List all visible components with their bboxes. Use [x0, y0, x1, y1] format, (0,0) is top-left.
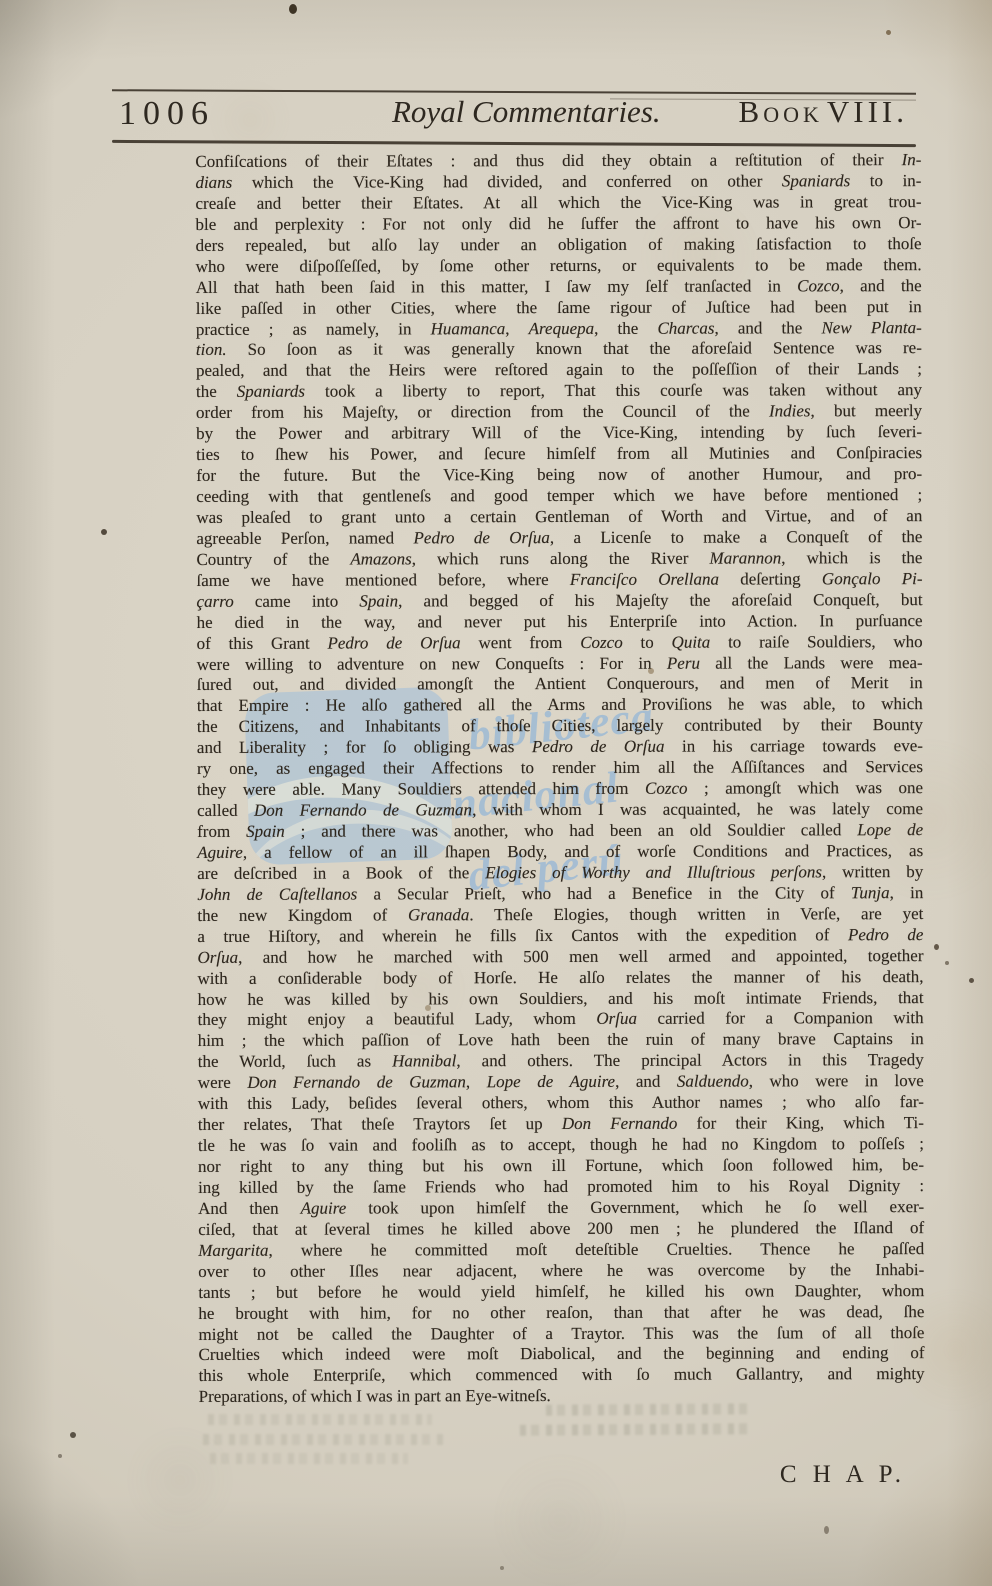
italic-text-segment: Cozco	[645, 779, 688, 798]
italic-text-segment: Peru	[667, 653, 715, 672]
text-line: tle he was ſo vain and fooliſh as to acc…	[198, 1134, 924, 1157]
text-segment: . Theſe Elogies, though written in Verſe…	[469, 904, 923, 924]
italic-text-segment: Aguire	[301, 1198, 369, 1217]
ink-speck	[58, 1454, 62, 1458]
text-line: dians which the Vice-King had divided, a…	[195, 171, 921, 194]
text-segment: came into	[255, 591, 360, 610]
italic-text-segment: Orſua	[596, 1009, 657, 1028]
text-segment: ing killed by the ſame Friends who had p…	[198, 1176, 924, 1197]
foxing-spot	[500, 1566, 504, 1570]
italic-text-segment: Quita	[672, 632, 729, 651]
italic-text-segment: Hannibal	[392, 1052, 456, 1071]
text-segment: to in-	[870, 171, 922, 190]
ink-speck	[70, 1432, 76, 1438]
text-line: by the Power and arbitrary Will of the V…	[196, 422, 922, 445]
text-line: ſured out, and divided amongſt the Antie…	[197, 673, 923, 696]
ink-speck	[945, 961, 949, 965]
text-segment: of this Grant	[197, 633, 328, 652]
text-segment: which the Vice-King had divided, and con…	[252, 171, 782, 191]
italic-text-segment: Charcas	[657, 318, 714, 337]
italic-text-segment: Pedro de Orſua	[327, 633, 478, 652]
text-line: ders repealed, but alſo lay under an obl…	[196, 234, 922, 257]
text-line: are deſcribed in a Book of the Elogies o…	[197, 862, 923, 885]
text-line: how he was killed by his own Souldiers, …	[198, 988, 924, 1011]
text-segment: carried for a Companion with	[657, 1008, 923, 1028]
text-segment: order from his Majeſty, or direction fro…	[196, 402, 769, 422]
text-line: they might enjoy a beautiful Lady, whom …	[198, 1008, 924, 1031]
text-segment: ; and there was another, who had been an…	[285, 820, 857, 840]
text-segment: deſerting	[740, 569, 822, 588]
text-line: creaſe and better their Eſtates. At all …	[195, 192, 921, 215]
text-segment: were willing to adventure on new Conqueſ…	[197, 653, 667, 673]
text-segment: over to other Iſles near adjacent, where…	[198, 1260, 924, 1281]
text-segment: agreeable Perſon, named	[196, 528, 413, 548]
text-segment: , a Licenſe to make a Conqueſt of the	[550, 527, 923, 547]
text-segment: Preparations, of which I was in part an …	[199, 1386, 551, 1406]
text-line: pealed, and that the Heirs were reſtored…	[196, 359, 922, 382]
text-line: ſame we have mentioned before, where Fra…	[196, 569, 922, 592]
text-segment: , but meerly	[810, 401, 922, 420]
text-segment: the World, ſuch as	[198, 1052, 392, 1072]
text-segment: , which runs along the River	[412, 548, 710, 568]
text-segment: , in	[890, 883, 924, 902]
text-segment: a true Hiſtory, and wherein he fills ſix…	[197, 925, 848, 946]
text-segment: to raiſe Souldiers, who	[728, 632, 923, 652]
text-segment: ſame we have mentioned before, where	[196, 570, 569, 590]
text-line: All that hath been ſaid in this matter, …	[196, 276, 922, 299]
text-line: tants ; but before he would yield himſel…	[198, 1281, 924, 1304]
italic-text-segment: Margarita	[198, 1241, 268, 1260]
text-segment: was pleaſed to grant unto a certain Gent…	[196, 506, 922, 527]
ink-speck	[934, 944, 939, 950]
text-segment: ble and perplexity : For not only did he…	[196, 213, 922, 234]
text-line: John de Caſtellanos a Secular Prieſt, wh…	[197, 883, 923, 906]
text-segment: ders repealed, but alſo lay under an obl…	[196, 234, 922, 255]
text-segment: and Liberality ; for ſo obliging was	[197, 737, 532, 757]
text-segment: , the	[594, 318, 657, 337]
italic-text-segment: Marannon	[709, 548, 781, 567]
text-line: Preparations, of which I was in part an …	[199, 1385, 925, 1408]
text-line: ties to ſhew his Power, and ſecure himſe…	[196, 443, 922, 466]
body-text: Confiſcations of their Eſtates : and thu…	[195, 150, 924, 1408]
italic-text-segment: New Planta-	[821, 318, 921, 337]
text-line: And then Aguire took upon himſelf the Go…	[198, 1197, 924, 1220]
text-line: over to other Iſles near adjacent, where…	[198, 1260, 924, 1283]
text-segment: that Empire : He alſo gathered all the A…	[197, 694, 923, 715]
italic-text-segment: Arequepa	[529, 318, 595, 337]
text-segment: pealed, and that the Heirs were reſtored…	[196, 359, 922, 380]
text-line: for the future. But the Vice-King being …	[196, 464, 922, 487]
italic-text-segment: Amazons	[350, 549, 411, 568]
text-segment: to	[640, 632, 671, 651]
foxing-spot	[824, 1526, 829, 1534]
catchword: C H A P.	[780, 1461, 906, 1489]
text-line: the new Kingdom of Granada. Theſe Elogie…	[197, 904, 923, 927]
text-line: were Don Fernando de Guzman, Lope de Agu…	[198, 1071, 924, 1094]
running-title: Royal Commentaries.	[392, 94, 661, 130]
text-line: who were diſpoſſeſſed, by ſome other ret…	[196, 255, 922, 278]
text-segment: ties to ſhew his Power, and ſecure himſe…	[196, 443, 922, 464]
text-line: çarro came into Spain, and begged of his…	[197, 590, 923, 613]
text-segment: ,	[466, 1072, 487, 1091]
text-segment: ,	[505, 319, 528, 338]
italic-text-segment: çarro	[197, 591, 255, 610]
text-line: ry one, as engaged their Affections to r…	[197, 757, 923, 780]
text-segment: ; amongſt which was one	[687, 778, 923, 798]
text-segment: ry one, as engaged their Affections to r…	[197, 757, 923, 778]
text-segment: , and begged of his Majeſty the aforeſai…	[398, 590, 922, 610]
text-line: ing killed by the ſame Friends who had p…	[198, 1176, 924, 1199]
text-segment: from	[197, 822, 246, 841]
text-segment: , a fellow of an ill ſhapen Body, and of…	[243, 841, 923, 862]
italic-text-segment: Pedro de Orſua	[532, 737, 682, 756]
text-line: were willing to adventure on new Conqueſ…	[197, 653, 923, 676]
text-segment: , written by	[822, 862, 923, 881]
italic-text-segment: Granada	[408, 905, 469, 924]
italic-text-segment: Don Fernando	[562, 1114, 697, 1133]
text-segment: Cruelties which indeed were moſt Diaboli…	[198, 1343, 924, 1364]
italic-text-segment: Gonçalo Pi-	[822, 569, 923, 588]
text-line: him ; the which paſſion of Love hath bee…	[198, 1029, 924, 1052]
text-segment: And then	[198, 1199, 301, 1218]
book-numeral: VIII.	[827, 94, 908, 129]
showthrough-line	[208, 1414, 432, 1425]
text-line: this whole Enterpriſe, which commenced w…	[199, 1364, 925, 1387]
italic-text-segment: Lope de	[857, 820, 923, 839]
text-line: like paſſed in other Cities, where the ſ…	[196, 297, 922, 320]
italic-text-segment: Tunja	[851, 883, 890, 902]
text-segment: for their King, which Ti-	[696, 1113, 923, 1133]
italic-text-segment: Orſua	[197, 947, 238, 966]
text-segment: , which is the	[781, 548, 922, 567]
text-segment: the	[196, 382, 237, 401]
italic-text-segment: Spain	[246, 822, 285, 841]
italic-text-segment: tion.	[196, 340, 227, 359]
text-line: Cruelties which indeed were moſt Diaboli…	[198, 1343, 924, 1366]
text-line: might not be called the Daughter of a Tr…	[198, 1323, 924, 1346]
italic-text-segment: Cozco	[797, 276, 840, 295]
text-segment: might not be called the Daughter of a Tr…	[198, 1323, 924, 1344]
text-segment: Confiſcations of their Eſtates : and thu…	[195, 150, 901, 171]
text-segment: with a conſiderable body of Horſe. He al…	[197, 967, 923, 988]
text-segment: with this Lady, beſides ſeveral others, …	[198, 1092, 924, 1113]
text-line: Confiſcations of their Eſtates : and thu…	[195, 150, 921, 173]
italic-text-segment: Pedro de	[848, 925, 924, 944]
text-line: tion. So ſoon as it was generally known …	[196, 338, 922, 361]
text-line: nor right to any thing but his own ill F…	[198, 1155, 924, 1178]
text-segment: , where he committed moſt deteſtible Cru…	[268, 1239, 924, 1260]
text-line: ceeding with that gentleneſs and good te…	[196, 485, 922, 508]
text-line: they were able. Many Souldiers attended …	[197, 778, 923, 801]
italic-text-segment: Huamanca	[431, 319, 506, 338]
text-segment: , and the	[714, 318, 821, 337]
text-segment: ciſed, that at ſeveral times he killed a…	[198, 1218, 924, 1239]
italic-text-segment: Aguire	[197, 843, 243, 862]
text-line: Aguire, a fellow of an ill ſhapen Body, …	[197, 841, 923, 864]
text-segment: by the Power and arbitrary Will of the V…	[196, 422, 922, 443]
text-line: and Liberality ; for ſo obliging was Ped…	[197, 736, 923, 759]
text-segment: ceeding with that gentleneſs and good te…	[196, 485, 922, 506]
showthrough-line	[520, 1423, 752, 1436]
text-segment: So ſoon as it was generally known that t…	[227, 338, 922, 359]
text-segment: ſured out, and divided amongſt the Antie…	[197, 673, 923, 694]
text-segment: were	[198, 1073, 248, 1092]
foxing-spot	[886, 30, 891, 35]
text-line: order from his Majeſty, or direction fro…	[196, 401, 922, 424]
book-heading: BOOK VIII.	[739, 94, 908, 130]
text-segment: a Secular Prieſt, who had a Benefice in …	[373, 883, 850, 903]
text-line: practice ; as namely, in Huamanca, Arequ…	[196, 318, 922, 341]
text-segment: the new Kingdom of	[197, 905, 408, 925]
italic-text-segment: Don Fernando de Guzman	[247, 1072, 466, 1092]
italic-text-segment: Don Fernando de Guzman	[254, 800, 472, 820]
text-segment: All that hath been ſaid in this matter, …	[196, 276, 797, 297]
book-word-smallcaps: OOK	[763, 102, 823, 127]
text-segment: called	[197, 801, 254, 820]
text-line: ther relates, That theſe Traytors ſet up…	[198, 1113, 924, 1136]
page-number: 1006	[119, 95, 215, 133]
italic-text-segment: Indies	[769, 402, 811, 421]
header-rule-bottom	[112, 140, 916, 147]
text-segment: , and the	[840, 276, 922, 295]
text-segment: tants ; but before he would yield himſel…	[198, 1281, 924, 1302]
text-segment: , and how he marched with 500 men well a…	[238, 946, 923, 967]
text-segment: they were able. Many Souldiers attended …	[197, 779, 645, 799]
text-line: of this Grant Pedro de Orſua went from C…	[197, 632, 923, 655]
text-segment: for the future. But the Vice-King being …	[196, 464, 922, 485]
text-segment: creaſe and better their Eſtates. At all …	[195, 192, 921, 213]
text-line: was pleaſed to grant unto a certain Gent…	[196, 506, 922, 529]
text-segment: are deſcribed in a Book of the	[197, 863, 485, 883]
book-page-scan: biblioteca nacional del perú 1006 Royal …	[0, 0, 992, 1586]
text-line: the Spaniards took a liberty to report, …	[196, 380, 922, 403]
text-segment: they might enjoy a beautiful Lady, whom	[198, 1009, 597, 1029]
italic-text-segment: Salduendo	[677, 1072, 749, 1091]
text-segment: all the Lands were mea-	[715, 653, 923, 673]
text-segment: , and others. The principal Actors in th…	[456, 1050, 923, 1070]
text-line: called Don Fernando de Guzman, with whom…	[197, 799, 923, 822]
text-line: with this Lady, beſides ſeveral others, …	[198, 1092, 924, 1115]
text-line: with a conſiderable body of Horſe. He al…	[197, 967, 923, 990]
showthrough-line	[203, 1434, 447, 1445]
text-segment: in his carriage towards eve-	[682, 736, 923, 756]
ink-speck	[289, 4, 297, 14]
italic-text-segment: Pedro de Orſua	[413, 528, 549, 547]
text-segment: he died in the way, and never put his En…	[197, 611, 923, 632]
text-line: the World, ſuch as Hannibal, and others.…	[198, 1050, 924, 1073]
italic-text-segment: Spaniards	[237, 382, 325, 401]
italic-text-segment: Spain	[359, 591, 398, 610]
showthrough-line	[210, 1453, 408, 1464]
book-word-initial: B	[739, 94, 764, 129]
text-segment: him ; the which paſſion of Love hath bee…	[198, 1029, 924, 1050]
text-segment: tle he was ſo vain and fooliſh as to acc…	[198, 1134, 924, 1155]
text-line: agreeable Perſon, named Pedro de Orſua, …	[196, 527, 922, 550]
text-segment: who were diſpoſſeſſed, by ſome other ret…	[196, 255, 922, 276]
text-line: that Empire : He alſo gathered all the A…	[197, 694, 923, 717]
text-line: Orſua, and how he marched with 500 men w…	[197, 946, 923, 969]
text-line: the Citizens, and Inhabitants of thoſe C…	[197, 715, 923, 738]
italic-text-segment: Elogies of Worthy and Illuſtrious perſon…	[485, 862, 822, 882]
text-segment: , and	[615, 1072, 677, 1091]
text-segment: like paſſed in other Cities, where the ſ…	[196, 297, 922, 318]
text-line: ciſed, that at ſeveral times he killed a…	[198, 1218, 924, 1241]
text-line: a true Hiſtory, and wherein he fills ſix…	[197, 925, 923, 948]
text-line: Margarita, where he committed moſt deteſ…	[198, 1239, 924, 1262]
text-segment: nor right to any thing but his own ill F…	[198, 1155, 924, 1176]
text-segment: , with whom I was acquainted, he was lat…	[472, 799, 923, 819]
italic-text-segment: Lope de Aguire	[487, 1072, 615, 1091]
text-segment: he brought with him, for no other reaſon…	[198, 1302, 924, 1323]
text-line: he brought with him, for no other reaſon…	[198, 1302, 924, 1325]
italic-text-segment: Franciſco Orellana	[570, 569, 740, 588]
text-segment: this whole Enterpriſe, which commenced w…	[199, 1364, 925, 1385]
italic-text-segment: dians	[195, 173, 251, 192]
ink-speck	[969, 978, 974, 983]
italic-text-segment: Cozco	[580, 632, 640, 651]
italic-text-segment: Spaniards	[782, 171, 870, 190]
italic-text-segment: John de Caſtellanos	[197, 884, 373, 903]
text-segment: , who were in love	[749, 1071, 924, 1090]
text-line: ble and perplexity : For not only did he…	[196, 213, 922, 236]
text-line: from Spain ; and there was another, who …	[197, 820, 923, 843]
text-line: Country of the Amazons, which runs along…	[196, 548, 922, 571]
text-segment: Country of the	[196, 549, 350, 568]
text-segment: took a liberty to report, That this cour…	[325, 380, 922, 401]
ink-speck	[101, 529, 107, 535]
text-segment: took upon himſelf the Government, which …	[368, 1197, 924, 1217]
text-segment: practice ; as namely, in	[196, 319, 431, 339]
text-line: he died in the way, and never put his En…	[197, 611, 923, 634]
italic-text-segment: In-	[902, 150, 922, 169]
text-segment: went from	[478, 633, 580, 652]
text-segment: the Citizens, and Inhabitants of thoſe C…	[197, 715, 923, 736]
text-segment: ther relates, That theſe Traytors ſet up	[198, 1114, 562, 1134]
text-segment: how he was killed by his own Souldiers, …	[198, 988, 924, 1009]
